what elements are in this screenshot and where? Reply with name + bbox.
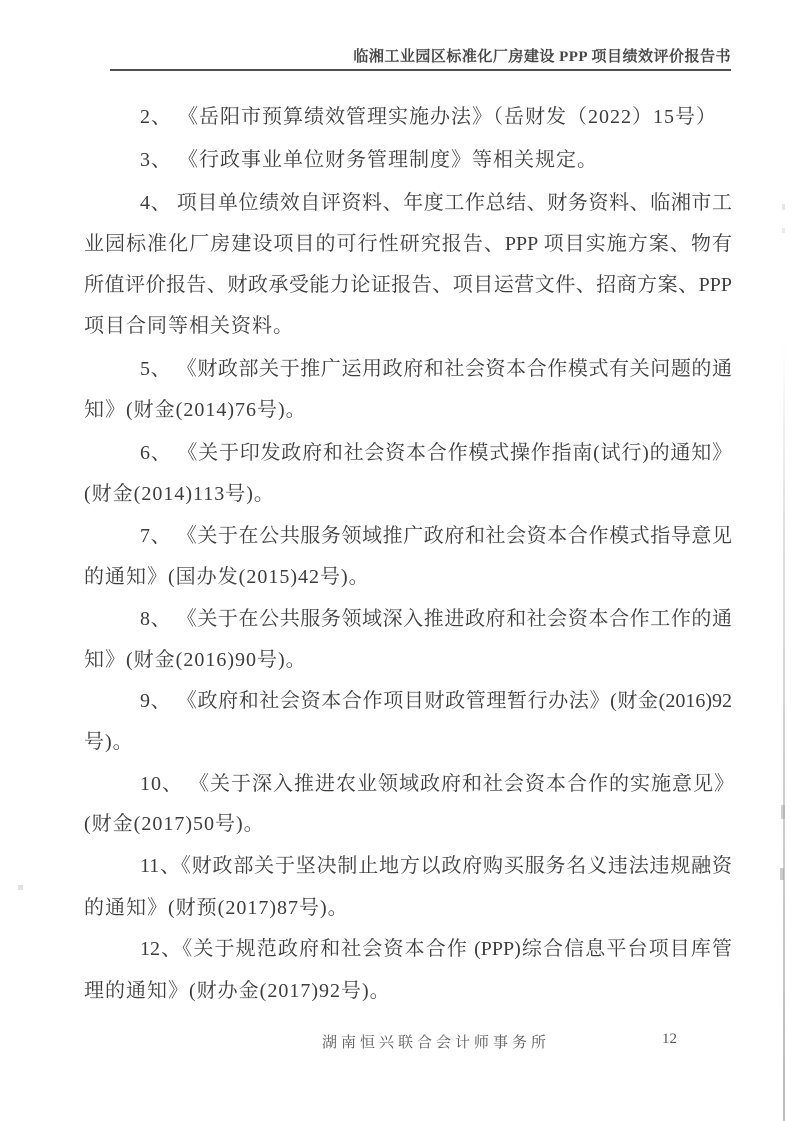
document-page: 临湘工业园区标准化厂房建设 PPP 项目绩效评价报告书 2、 《岳阳市预算绩效管… [0,0,793,1121]
text-line: 8、 《关于在公共服务领域深入推进政府和社会资本合作工作的通 [84,606,732,633]
text-line: 知》(财金(2016)90号)。 [84,647,732,674]
scan-speck [781,805,785,819]
text-line: 9、 《政府和社会资本合作项目财政管理暂行办法》(财金(2016)92 [84,688,732,715]
text-line: 知》(财金(2014)76号)。 [84,397,732,424]
document-body: 2、 《岳阳市预算绩效管理实施办法》（岳财发（2022）15号）3、 《行政事业… [84,0,732,1010]
text-line: 理的通知》(财办金(2017)92号)。 [84,978,732,1005]
footer-organization: 湖南恒兴联合会计师事务所 [322,1031,550,1052]
text-line: (财金(2017)50号)。 [84,811,732,838]
text-line: 6、 《关于印发政府和社会资本合作模式操作指南(试行)的通知》 [84,440,732,467]
text-line: 项目合同等相关资料。 [84,313,732,340]
text-line: 10、 《关于深入推进农业领域政府和社会资本合作的实施意见》 [84,771,732,798]
text-line: 11、《财政部关于坚决制止地方以政府购买服务名义违法违规融资 [84,853,732,880]
text-line: 2、 《岳阳市预算绩效管理实施办法》（岳财发（2022）15号） [84,104,732,131]
text-line: 7、 《关于在公共服务领域推广政府和社会资本合作模式指导意见 [84,523,732,550]
text-line: 4、 项目单位绩效自评资料、年度工作总结、财务资料、临湘市工 [84,190,732,217]
footer-page-number: 12 [662,1031,677,1048]
text-line: 的通知》(国办发(2015)42号)。 [84,564,732,591]
text-line: 5、 《财政部关于推广运用政府和社会资本合作模式有关问题的通 [84,356,732,383]
text-line: 3、 《行政事业单位财务管理制度》等相关规定。 [84,147,732,174]
scan-edge-artifact [783,340,785,1121]
text-line: 业园标准化厂房建设项目的可行性研究报告、PPP 项目实施方案、物有 [84,231,732,258]
text-line: 号)。 [84,729,732,756]
scan-speck [782,228,785,233]
scan-speck [18,885,23,890]
text-line: 的通知》(财预(2017)87号)。 [84,895,732,922]
text-line: (财金(2014)113号)。 [84,481,732,508]
scan-speck [780,868,784,880]
text-line: 所值评价报告、财政承受能力论证报告、项目运营文件、招商方案、PPP [84,272,732,299]
text-line: 12、《关于规范政府和社会资本合作 (PPP)综合信息平台项目库管 [84,936,732,963]
scan-speck [782,204,785,210]
